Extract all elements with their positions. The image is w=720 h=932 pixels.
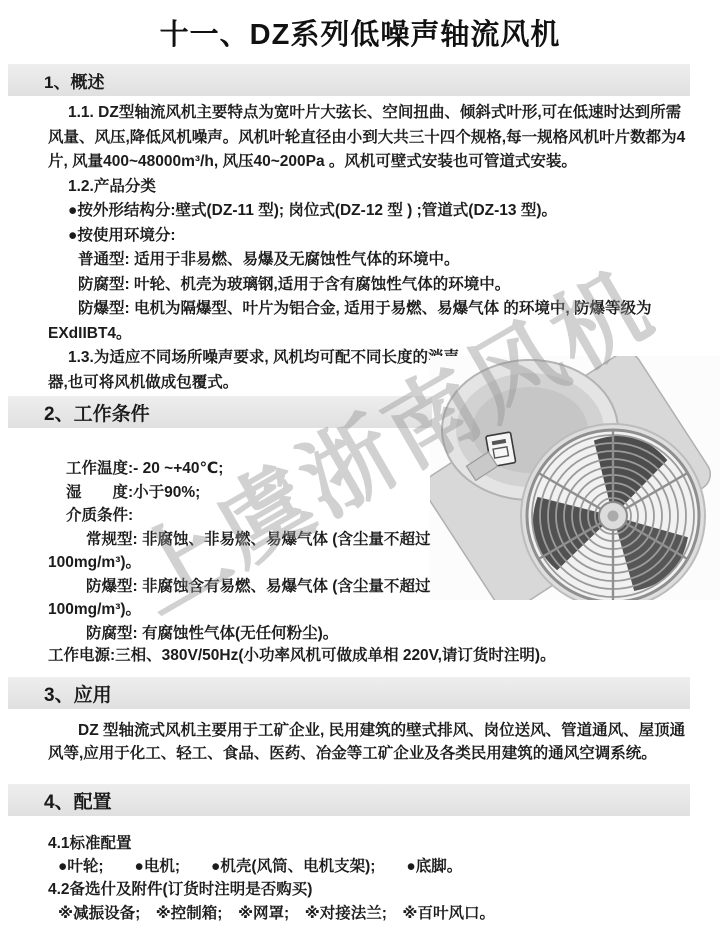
standard-configuration-items: ●叶轮; ●电机; ●机壳(风筒、电机支架); ●底脚。 (48, 855, 696, 878)
humidity-line: 湿 度:小于90%; (48, 481, 500, 505)
standard-configuration-title: 4.1标准配置 (48, 832, 696, 855)
bullet-environment-classification: ●按使用环境分: (48, 224, 694, 249)
medium-explosionproof-line: 防爆型: 非腐蚀含有易燃、易爆气体 (含尘量不超过100mg/m³)。 (48, 575, 500, 622)
paragraph-1-1: 1.1. DZ型轴流风机主要特点为宽叶片大弦长、空间扭曲、倾斜式叶形,可在低速时… (48, 101, 694, 175)
optional-accessories-items: ※减振设备; ※控制箱; ※网罩; ※对接法兰; ※百叶风口。 (48, 902, 696, 925)
optional-accessories-title: 4.2备选什及附件(订货时注明是否购买) (48, 878, 696, 901)
section-heading-bar-working-conditions: 2、工作条件 (8, 396, 432, 428)
type-explosionproof-line: 防爆型: 电机为隔爆型、叶片为铝合金, 适用于易燃、易爆气体 的环境中, 防爆等… (48, 297, 694, 346)
medium-normal-line: 常规型: 非腐蚀、非易燃、易爆气体 (含尘量不超过100mg/m³)。 (48, 528, 500, 575)
section-heading-working-conditions: 2、工作条件 (44, 399, 150, 426)
application-paragraph: DZ 型轴流式风机主要用于工矿企业, 民用建筑的壁式排风、岗位送风、管道通风、屋… (48, 719, 696, 765)
application-text-block: DZ 型轴流式风机主要用于工矿企业, 民用建筑的壁式排风、岗位送风、管道通风、屋… (48, 719, 696, 765)
page-title: 十一、DZ系列低噪声轴流风机 (0, 12, 720, 53)
bullet-structure-classification: ●按外形结构分:壁式(DZ-11 型); 岗位式(DZ-12 型 ) ;管道式(… (48, 199, 694, 224)
type-anticorrosion-line: 防腐型: 叶轮、机壳为玻璃钢,适用于含有腐蚀性气体的环境中。 (48, 273, 694, 298)
overview-text-block: 1.1. DZ型轴流风机主要特点为宽叶片大弦长、空间扭曲、倾斜式叶形,可在低速时… (48, 101, 694, 395)
power-supply-line: 工作电源:三相、380V/50Hz(小功率风机可做成单相 220V,请订货时注明… (48, 644, 708, 669)
section-heading-overview: 1、概述 (44, 68, 104, 93)
medium-anticorrosion-line: 防腐型: 有腐蚀性气体(无任何粉尘)。 (48, 622, 500, 646)
section-heading-bar-configuration: 4、配置 (8, 784, 690, 816)
type-normal-line: 普通型: 适用于非易燃、易爆及无腐蚀性气体的环境中。 (48, 248, 694, 273)
section-heading-application: 3、应用 (44, 680, 112, 707)
medium-conditions-title: 介质条件: (48, 504, 500, 528)
section-heading-configuration: 4、配置 (44, 787, 112, 814)
working-temperature-line: 工作温度:- 20 ~+40℃; (48, 457, 500, 481)
configuration-text-block: 4.1标准配置 ●叶轮; ●电机; ●机壳(风筒、电机支架); ●底脚。 4.2… (48, 832, 696, 925)
fan-hub-center (608, 511, 619, 522)
section-heading-bar-application: 3、应用 (8, 677, 690, 709)
working-conditions-block: 工作温度:- 20 ~+40℃; 湿 度:小于90%; 介质条件: 常规型: 非… (48, 457, 500, 645)
section-heading-bar-overview: 1、概述 (8, 64, 690, 96)
paragraph-1-2-title: 1.2.产品分类 (48, 175, 694, 200)
paragraph-1-3: 1.3.为适应不同场所噪声要求, 风机均可配不同长度的消声器,也可将风机做成包覆… (48, 346, 468, 395)
